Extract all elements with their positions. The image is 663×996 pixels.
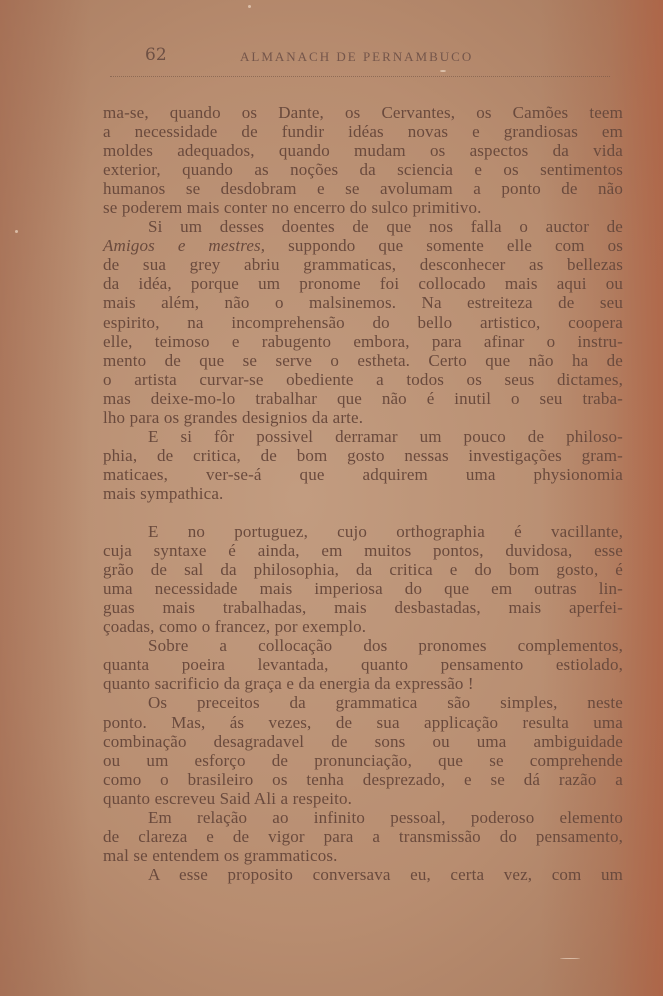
- text-line: mas deixe-mo-lo trabalhar que não é inut…: [103, 389, 623, 408]
- text-line: phia, de critica, de bom gosto nessas in…: [103, 446, 623, 465]
- line-text: como o brasileiro os tenha desprezado, e…: [103, 770, 623, 789]
- line-text: moldes adequados, quando mudam os aspect…: [103, 141, 623, 160]
- text-line: moldes adequados, quando mudam os aspect…: [103, 141, 623, 160]
- text-line: quanto sacrificio da graça e da energia …: [103, 674, 623, 693]
- page-header: 62 ALMANACH DE PERNAMBUCO: [140, 42, 560, 72]
- text-line: Os preceitos da grammatica são simples, …: [103, 693, 623, 712]
- text-line: Amigos e mestres, suppondo que somente e…: [103, 236, 623, 255]
- line-text: guas mais trabalhadas, mais desbastadas,…: [103, 598, 623, 617]
- text-line: humanos se desdobram e se avolumam a pon…: [103, 179, 623, 198]
- line-text: combinação desagradavel de sons ou uma a…: [103, 732, 623, 751]
- text-line: ponto. Mas, ás vezes, de sua applicação …: [103, 713, 623, 732]
- header-rule: [110, 76, 610, 77]
- line-text: ma-se, quando os Dante, os Cervantes, os…: [103, 103, 623, 122]
- text-line: Si um desses doentes de que nos falla o …: [103, 217, 623, 236]
- line-text: ponto. Mas, ás vezes, de sua applicação …: [103, 713, 623, 732]
- text-line: E si fôr possivel derramar um pouco de p…: [103, 427, 623, 446]
- text-line: espirito, na incomprehensão do bello art…: [103, 313, 623, 332]
- line-text: maticaes, ver-se-á que adquirem uma phys…: [103, 465, 623, 484]
- paper-speck: [248, 5, 251, 8]
- line-text: suppondo que somente elle com os: [265, 236, 623, 255]
- text-line: de sua grey abriu grammaticas, desconhec…: [103, 255, 623, 274]
- line-text: mais além, não o malsinemos. Na estreite…: [103, 293, 623, 312]
- line-text: E no portuguez, cujo orthographia é vaci…: [148, 522, 623, 541]
- text-line: ou um esforço de pronunciação, que se co…: [103, 751, 623, 770]
- line-text: exterior, quando as noções da sciencia e…: [103, 160, 623, 179]
- text-line: elle, teimoso e rabugento embora, para a…: [103, 332, 623, 351]
- line-text: cuja syntaxe é ainda, em muitos pontos, …: [103, 541, 623, 560]
- paper-speck: [440, 70, 446, 72]
- body-text: ma-se, quando os Dante, os Cervantes, os…: [103, 103, 623, 884]
- text-line: mais além, não o malsinemos. Na estreite…: [103, 293, 623, 312]
- text-line: da idéa, porque um pronome foi collocado…: [103, 274, 623, 293]
- line-text: phia, de critica, de bom gosto nessas in…: [103, 446, 623, 465]
- line-text: grão de sal da philosophia, da critica e…: [103, 560, 623, 579]
- text-line: grão de sal da philosophia, da critica e…: [103, 560, 623, 579]
- line-text: Si um desses doentes de que nos falla o …: [148, 217, 623, 236]
- text-line: se poderem mais conter no encerro do sul…: [103, 198, 623, 217]
- line-text: lho para os grandes designios da arte.: [103, 408, 363, 427]
- text-line: cuja syntaxe é ainda, em muitos pontos, …: [103, 541, 623, 560]
- text-line: exterior, quando as noções da sciencia e…: [103, 160, 623, 179]
- text-line: ma-se, quando os Dante, os Cervantes, os…: [103, 103, 623, 122]
- text-line: A esse proposito conversava eu, certa ve…: [103, 865, 623, 884]
- line-text: quanto sacrificio da graça e da energia …: [103, 674, 474, 693]
- text-line: de clareza e de vigor para a transmissão…: [103, 827, 623, 846]
- line-text: Em relação ao infinito pessoal, poderoso…: [148, 808, 623, 827]
- text-line: E no portuguez, cujo orthographia é vaci…: [103, 522, 623, 541]
- line-text: o artista curvar-se obediente a todos os…: [103, 370, 623, 389]
- line-text: humanos se desdobram e se avolumam a pon…: [103, 179, 623, 198]
- page-number: 62: [145, 45, 167, 65]
- line-text: mento de que se serve o estheta. Certo q…: [103, 351, 623, 370]
- text-line: [103, 503, 623, 522]
- text-line: quanto escreveu Said Ali a respeito.: [103, 789, 623, 808]
- line-text: de clareza e de vigor para a transmissão…: [103, 827, 623, 846]
- text-line: Sobre a collocação dos pronomes compleme…: [103, 636, 623, 655]
- text-line: quanta poeira levantada, quanto pensamen…: [103, 655, 623, 674]
- line-text: da idéa, porque um pronome foi collocado…: [103, 274, 623, 293]
- paper-speck: [15, 230, 18, 233]
- line-text: Sobre a collocação dos pronomes compleme…: [148, 636, 623, 655]
- line-text: ou um esforço de pronunciação, que se co…: [103, 751, 623, 770]
- text-line: combinação desagradavel de sons ou uma a…: [103, 732, 623, 751]
- text-line: maticaes, ver-se-á que adquirem uma phys…: [103, 465, 623, 484]
- text-line: mal se entendem os grammaticos.: [103, 846, 623, 865]
- line-text: A esse proposito conversava eu, certa ve…: [148, 865, 623, 884]
- text-line: lho para os grandes designios da arte.: [103, 408, 623, 427]
- line-text: elle, teimoso e rabugento embora, para a…: [103, 332, 623, 351]
- line-text: mas deixe-mo-lo trabalhar que não é inut…: [103, 389, 623, 408]
- line-text: E si fôr possivel derramar um pouco de p…: [148, 427, 623, 446]
- text-line: mais sympathica.: [103, 484, 623, 503]
- line-text: de sua grey abriu grammaticas, desconhec…: [103, 255, 623, 274]
- text-line: çoadas, como o francez, por exemplo.: [103, 617, 623, 636]
- text-line: uma necessidade mais imperiosa do que em…: [103, 579, 623, 598]
- line-text: çoadas, como o francez, por exemplo.: [103, 617, 366, 636]
- line-text: quanta poeira levantada, quanto pensamen…: [103, 655, 623, 674]
- text-line: o artista curvar-se obediente a todos os…: [103, 370, 623, 389]
- paper-speck: [560, 958, 580, 959]
- line-text: a necessidade de fundir idéas novas e gr…: [103, 122, 623, 141]
- text-line: Em relação ao infinito pessoal, poderoso…: [103, 808, 623, 827]
- text-line: mento de que se serve o estheta. Certo q…: [103, 351, 623, 370]
- line-text: mal se entendem os grammaticos.: [103, 846, 338, 865]
- line-text: mais sympathica.: [103, 484, 223, 503]
- line-text: Os preceitos da grammatica são simples, …: [148, 693, 623, 712]
- line-text: se poderem mais conter no encerro do sul…: [103, 198, 482, 217]
- italic-title: Amigos e mestres,: [103, 236, 265, 255]
- running-title: ALMANACH DE PERNAMBUCO: [240, 49, 473, 65]
- text-line: guas mais trabalhadas, mais desbastadas,…: [103, 598, 623, 617]
- line-text: uma necessidade mais imperiosa do que em…: [103, 579, 623, 598]
- line-text: espirito, na incomprehensão do bello art…: [103, 313, 623, 332]
- scanned-page: 62 ALMANACH DE PERNAMBUCO ma-se, quando …: [0, 0, 663, 996]
- text-line: como o brasileiro os tenha desprezado, e…: [103, 770, 623, 789]
- text-line: a necessidade de fundir idéas novas e gr…: [103, 122, 623, 141]
- line-text: quanto escreveu Said Ali a respeito.: [103, 789, 352, 808]
